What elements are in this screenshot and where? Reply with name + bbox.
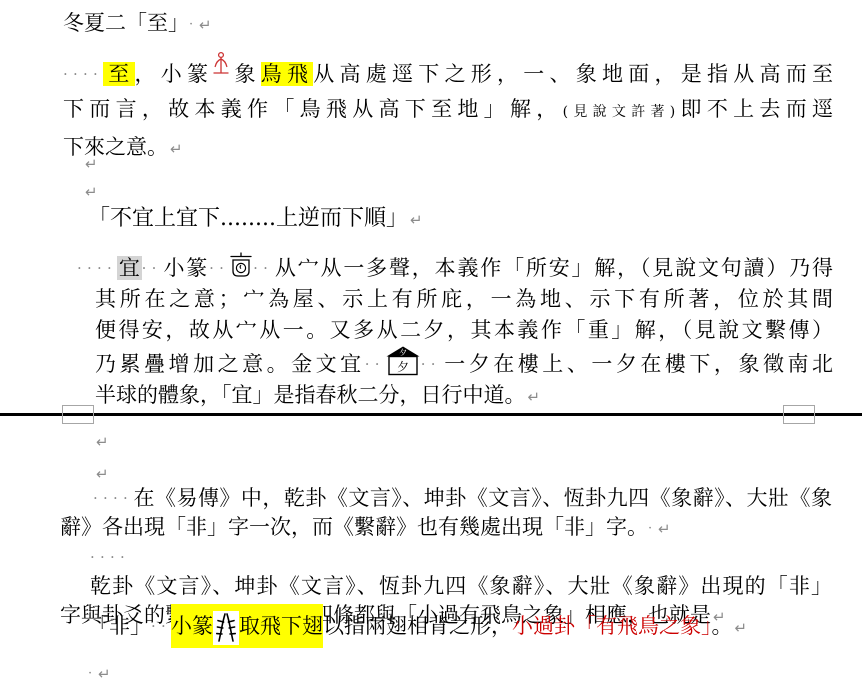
highlighted-region [213,604,239,648]
highlighted-text: 至 [103,62,135,86]
text-run: 即不上去而逕 [675,97,833,121]
text-line: ↵ [94,460,109,484]
paragraph-mark: ↵ [197,16,212,34]
text-run: 「非」 [88,614,151,638]
empty-paragraph: ↵ [94,428,109,452]
paragraph-mark: ↵ [83,155,98,173]
paragraph-mark: ↵ [526,388,541,406]
text-line: 便得安，故从宀从一。又多从二夕，其本義作「重」解，（見說文繫傳） [60,315,833,346]
space-marks: ···· [90,545,130,569]
space-mark: · [648,514,656,543]
highlighted-text: 小篆 [171,604,213,648]
paragraph-yizhuan-fei: ····在《易傳》中，乾卦《文言》、坤卦《文言》、恆卦九四《象辭》、大壯《象辭》… [60,484,832,544]
text-run: 从高處逕下之形，一、象地面，是指从高而至 [313,62,833,86]
space-marks: ·· [142,256,162,280]
text-run: 其所在之意；宀為屋、示上有所庇，一為地、示下有所著，位於其間 [95,287,833,311]
text-line: ····至，小篆象鳥飛从高處逕下之形，一、象地面，是指从高而至 [63,51,833,92]
empty-paragraph: ·↵ [88,660,111,680]
highlighted-text: 鳥飛 [261,62,314,86]
text-line: ····宜··小篆····从宀从一多聲，本義作「所安」解，（見說文句讀）乃得 [60,252,833,284]
heading-buyi-shang: 「不宜上宜下........上逆而下順」↵ [88,201,423,232]
red-text: 小過卦「有飛鳥之象」 [512,614,712,638]
text-run: 半球的體象，「宜」是指春秋二分，日行中道。 [95,383,526,407]
text-run: 冬夏二「至」 [63,11,189,35]
page-corner-marker-left [62,405,94,424]
paragraph-mark: ↵ [733,619,748,637]
text-line: ↵ [83,150,98,174]
text-line: 下而言，故本義作「鳥飛从高下至地」解，(見說文許著)即不上去而逕 [63,92,833,130]
paragraph-mark: ↵ [94,433,109,451]
paragraph-mark: ↵ [168,140,183,158]
space-marks: ···· [93,486,133,510]
space-marks: ·· [253,256,273,280]
seal-script-zhi-icon [213,51,229,75]
heading-dongxia-erzhi: 冬夏二「至」·↵ [63,7,212,37]
space-mark: · [88,666,96,680]
text-line: 其所在之意；宀為屋、示上有所庇，一為地、示下有所著，位於其間 [60,284,833,315]
space-marks: ·· [209,256,229,280]
text-run: 「不宜上宜下........上逆而下順」 [88,206,408,231]
text-line: 半球的體象，「宜」是指春秋二分，日行中道。↵ [60,380,833,413]
text-line: 「非」··小篆取飛下翅以指兩翅相背之形，小過卦「有飛鳥之象」。↵ [88,602,848,652]
space-marks: ·· [365,352,385,376]
paragraph-mark: ↵ [94,465,109,483]
empty-paragraph: ↵ [83,178,98,202]
seal-script-yi-icon [229,252,253,280]
text-run: 一夕在樓上、一夕在樓下，象徵南北 [441,352,833,376]
text-run: 在《易傳》中，乾卦《文言》、坤卦《文言》、恆卦九四《象辭》、大壯《象 [133,486,832,510]
glyph-white-box [213,611,239,645]
paragraph-zhi-etymology: ····至，小篆象鳥飛从高處逕下之形，一、象地面，是指从高而至下而言，故本義作「… [63,51,833,167]
text-run: 从宀从一多聲，本義作「所安」解，（見說文句讀）乃得 [273,256,833,280]
citation-text: (見說文許著) [563,104,676,120]
space-marks: ·· [151,614,171,638]
space-marks: ···· [77,256,117,280]
highlighted-text: 取飛下翅 [239,604,323,648]
shaded-text: 宜 [117,256,142,280]
text-run: 辭》各出現「非」字一次，而《繫辭》也有幾處出現「非」字。 [60,515,648,539]
empty-paragraph: ↵ [83,150,98,174]
text-run: 以指兩翅相背之形， [323,614,512,638]
paragraph-mark: ↵ [83,183,98,201]
page-break-line [0,413,862,416]
text-line: ····乾卦《文言》、坤卦《文言》、恆卦九四《象辭》、大壯《象辭》出現的「非」 [60,543,832,601]
document-page: 冬夏二「至」·↵ ····至，小篆象鳥飛从高處逕下之形，一、象地面，是指从高而至… [0,0,862,680]
bronze-script-yi-icon: 夕夕 [385,346,421,376]
text-line: ↵ [83,178,98,202]
paragraph-mark: ↵ [408,211,423,229]
text-run: 乾卦《文言》、坤卦《文言》、恆卦九四《象辭》、大壯《象辭》出現的「非」 [90,574,832,598]
text-line: ↵ [94,428,109,452]
text-line: 下來之意。↵ [63,130,833,167]
text-line: 「不宜上宜下........上逆而下順」↵ [88,201,423,232]
page-corner-marker-right [783,405,815,424]
svg-text:夕: 夕 [397,360,409,374]
text-line: ····在《易傳》中，乾卦《文言》、坤卦《文言》、恆卦九四《象辭》、大壯《象 [60,484,832,513]
text-run: 小篆 [162,256,209,280]
seal-script-fei-icon [215,612,237,644]
text-line: 乃累疊增加之意。金文宜··夕夕··一夕在樓上、一夕在樓下，象徵南北 [60,346,833,380]
text-run: 下來之意。 [63,135,168,159]
paragraph-mark: ↵ [96,665,111,680]
text-run: 象 [229,62,261,86]
text-run: 。 [712,614,733,638]
text-run: 便得安，故从宀从一。又多从二夕，其本義作「重」解，（見說文繫傳） [95,318,833,342]
text-run: 乃累疊增加之意。金文宜 [95,352,365,376]
empty-paragraph: ↵ [94,460,109,484]
paragraph-yi-etymology: ····宜··小篆····从宀从一多聲，本義作「所安」解，（見說文句讀）乃得其所… [60,252,833,413]
space-mark: · [189,17,197,32]
text-run: ，小篆 [135,62,214,86]
text-run: 下而言，故本義作「鳥飛从高下至地」解， [63,97,563,121]
space-marks: ···· [63,62,103,86]
space-marks: ·· [421,352,441,376]
text-line: 辭》各出現「非」字一次，而《繫辭》也有幾處出現「非」字。·↵ [60,513,832,544]
text-line: 冬夏二「至」·↵ [63,7,212,37]
text-line: ·↵ [88,660,111,680]
paragraph-mark: ↵ [656,520,671,538]
paragraph-fei-etymology: 「非」··小篆取飛下翅以指兩翅相背之形，小過卦「有飛鳥之象」。↵ [88,602,848,652]
